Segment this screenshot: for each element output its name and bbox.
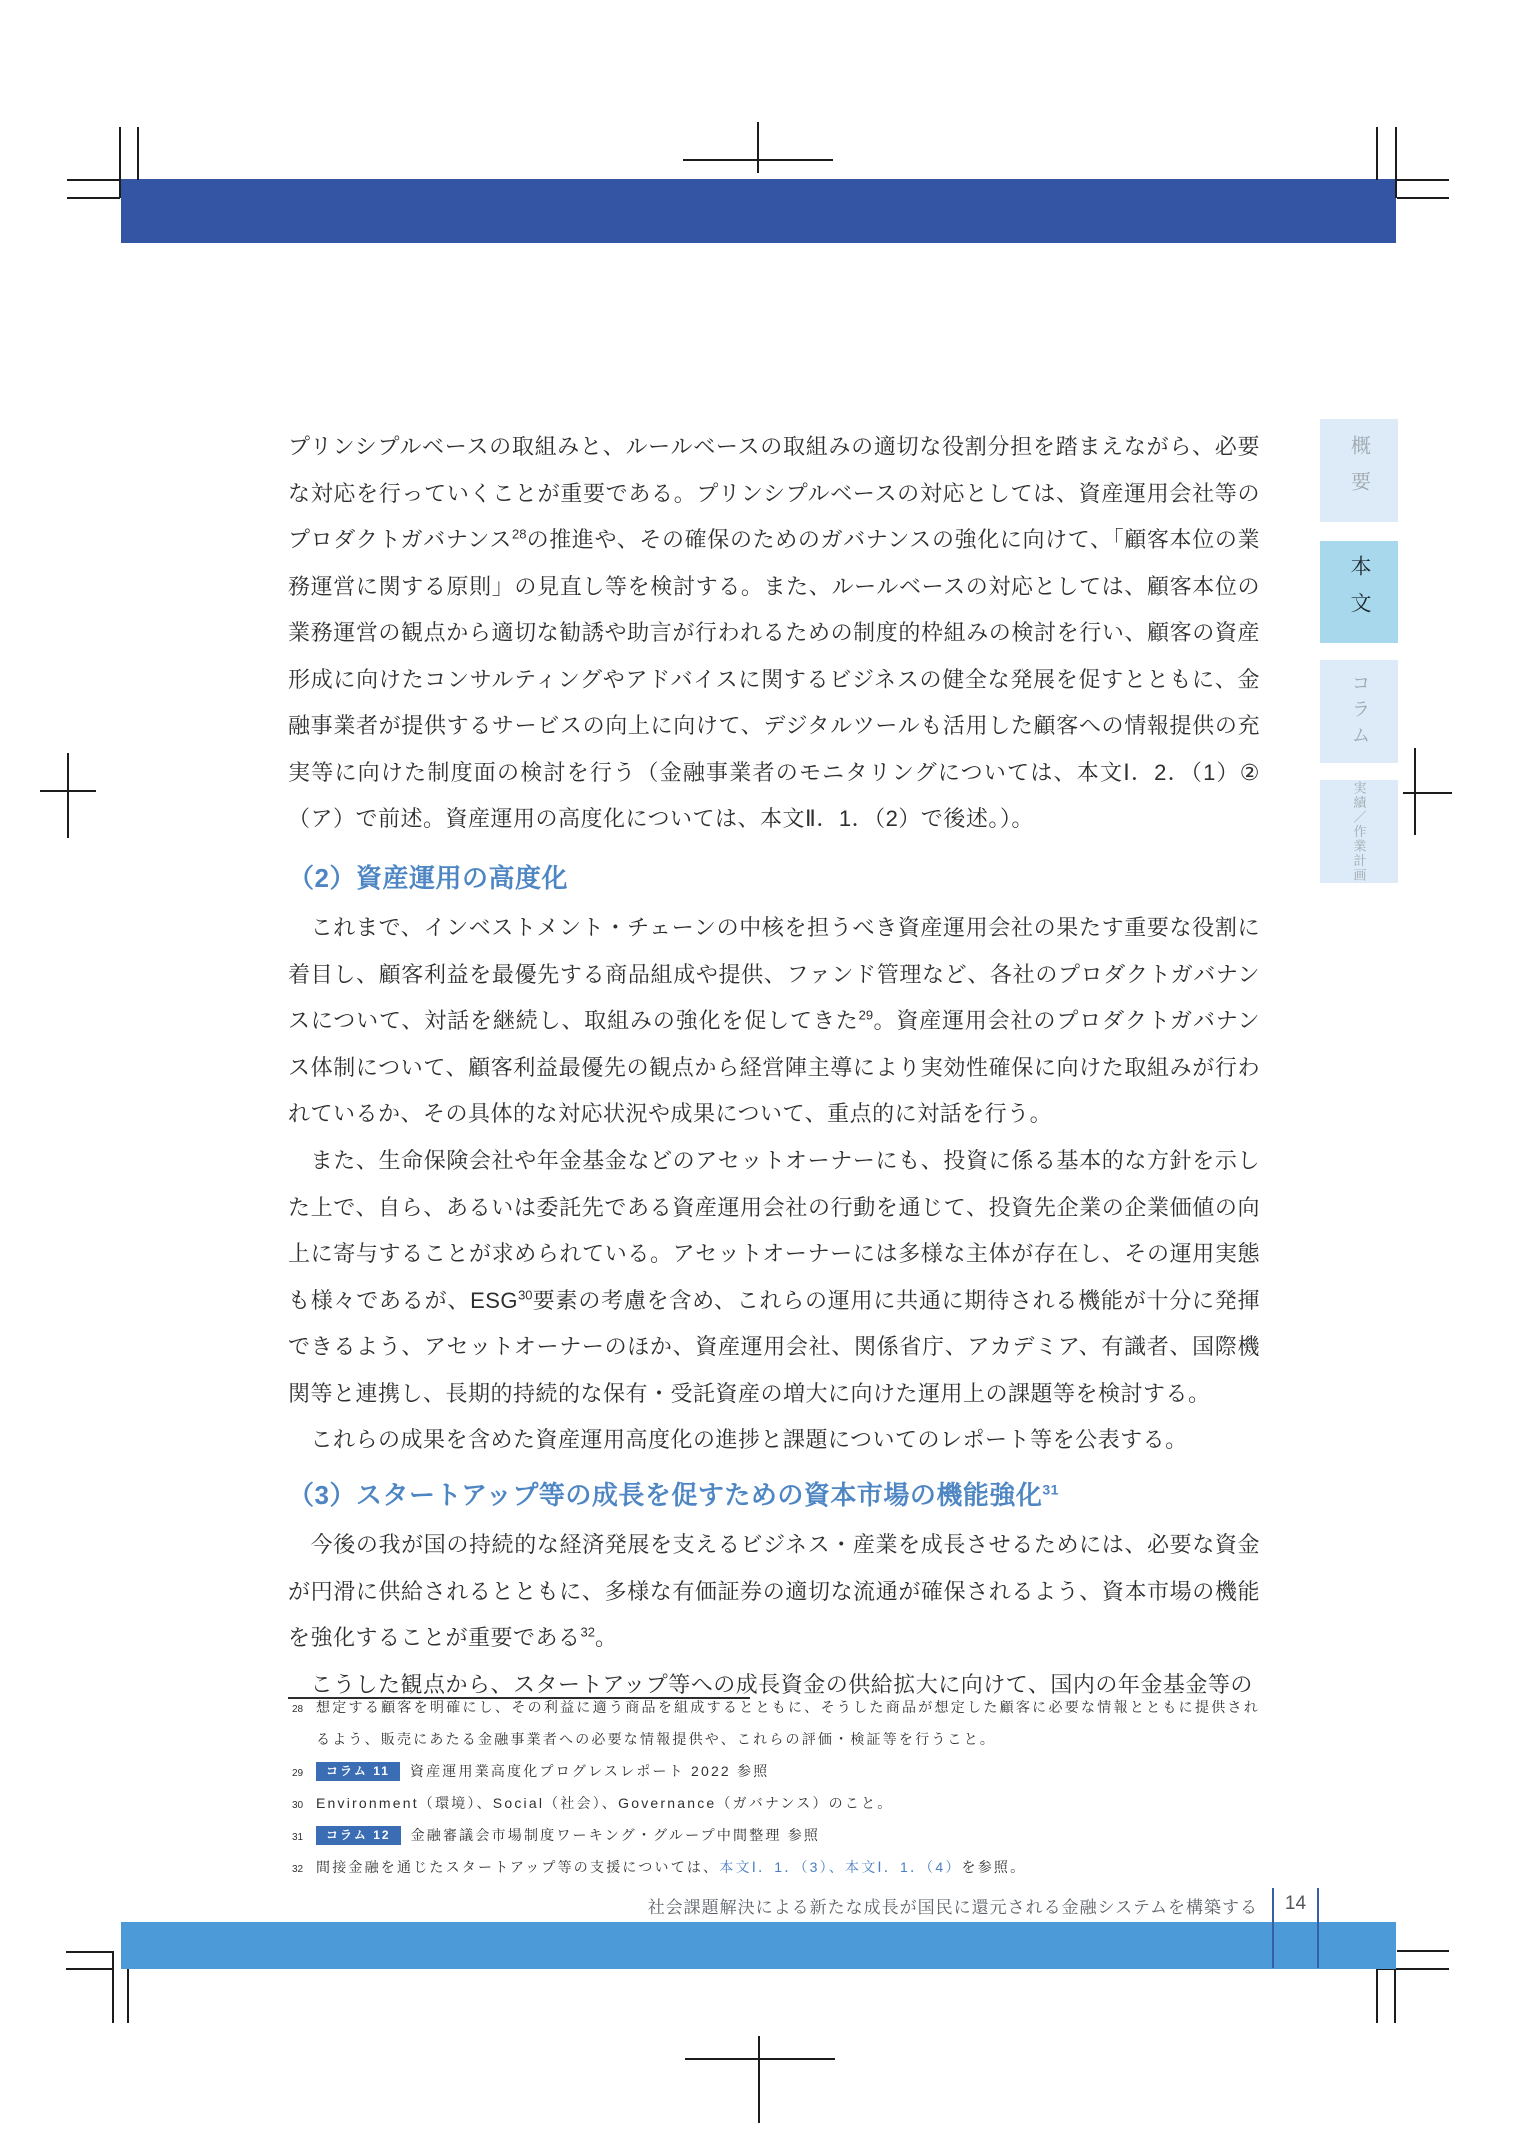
tab-column[interactable]: コラム — [1320, 660, 1398, 763]
footnote-number: 29 — [292, 1758, 303, 1790]
section-heading-3-startup-capital-market: （3）スタートアップ等の成長を促すための資本市場の機能強化31 — [288, 1475, 1260, 1515]
text-segment: 今後の我が国の持続的な経済発展を支えるビジネス・産業を成長させるためには、必要な… — [288, 1532, 1260, 1650]
tab-results-workplan-label: 実績／作業計画 — [1350, 781, 1369, 883]
footnote-number: 30 — [292, 1790, 303, 1822]
header-accent-bar — [121, 179, 1396, 243]
column-12-badge: コラム 12 — [316, 1826, 401, 1845]
footnote-text: Environment（環境）、Social（社会）、Governance（ガバ… — [316, 1795, 893, 1811]
footnote-31: 31コラム 12金融審議会市場制度ワーキング・グループ中間整理 参照 — [288, 1819, 1260, 1851]
text-segment: 想定する顧客を明確にし、その利益に適う商品を組成するとともに、そうした商品が想定… — [316, 1699, 1260, 1747]
paragraph-investment-chain: これまで、インベストメント・チェーンの中核を担うべき資産運用会社の果たす重要な役… — [288, 905, 1260, 1138]
footnote-28: 28想定する顧客を明確にし、その利益に適う商品を組成するとともに、そうした商品が… — [288, 1691, 1260, 1755]
footnote-text: 金融審議会市場制度ワーキング・グループ中間整理 参照 — [411, 1827, 821, 1843]
text-segment: これらの成果を含めた資産運用高度化の進捗と課題についてのレポート等を公表する。 — [288, 1427, 1188, 1452]
cross-reference-link[interactable]: 本文Ⅰ．1．（3）、本文Ⅰ．1．（4） — [719, 1859, 961, 1875]
section-heading-2-asset-management: （2）資産運用の高度化 — [288, 858, 1260, 898]
footnote-ref: 31 — [1042, 1481, 1059, 1497]
footnote-ref: 28 — [512, 527, 526, 542]
footnote-number: 28 — [292, 1694, 303, 1726]
footer-accent-bar — [121, 1922, 1396, 1969]
footer-chapter-title: 社会課題解決による新たな成長が国民に還元される金融システムを構築する — [648, 1893, 1258, 1918]
footnote-text: 間接金融を通じたスタートアップ等の支援については、本文Ⅰ．1．（3）、本文Ⅰ．1… — [316, 1859, 1026, 1875]
footnote-29: 29コラム 11資産運用業高度化プログレスレポート 2022 参照 — [288, 1755, 1260, 1787]
footnote-text: 資産運用業高度化プログレスレポート 2022 参照 — [410, 1763, 770, 1779]
tab-overview-label: 概要 — [1345, 435, 1374, 507]
paragraph-progress-report: これらの成果を含めた資産運用高度化の進捗と課題についてのレポート等を公表する。 — [288, 1417, 1260, 1464]
page-number-rule-left — [1272, 1888, 1274, 1968]
text-segment: 間接金融を通じたスタートアップ等の支援については、 — [316, 1859, 719, 1875]
footnote-ref: 30 — [518, 1287, 532, 1302]
footnote-number: 32 — [292, 1854, 303, 1886]
text-segment: を参照。 — [962, 1859, 1027, 1875]
footnote-ref: 32 — [581, 1625, 595, 1640]
tab-results-workplan[interactable]: 実績／作業計画 — [1320, 780, 1398, 883]
footnote-30: 30Environment（環境）、Social（社会）、Governance（… — [288, 1787, 1260, 1819]
tab-column-label: コラム — [1346, 673, 1373, 751]
column-11-badge: コラム 11 — [316, 1762, 400, 1781]
page-number: 14 — [1274, 1893, 1317, 1915]
footnote-number: 31 — [292, 1822, 303, 1854]
paragraph-asset-owners: また、生命保険会社や年金基金などのアセットオーナーにも、投資に係る基本的な方針を… — [288, 1138, 1260, 1417]
text-segment: 。 — [595, 1625, 618, 1650]
text-segment: の推進や、その確保のためのガバナンスの強化に向けて、「顧客本位の業務運営に関する… — [288, 527, 1260, 831]
paragraph-economic-growth: 今後の我が国の持続的な経済発展を支えるビジネス・産業を成長させるためには、必要な… — [288, 1522, 1260, 1662]
text-segment: Environment（環境）、Social（社会）、Governance（ガバ… — [316, 1795, 893, 1811]
text-segment: 資産運用業高度化プログレスレポート 2022 参照 — [410, 1763, 770, 1779]
tab-overview[interactable]: 概要 — [1320, 419, 1398, 522]
text-segment: 金融審議会市場制度ワーキング・グループ中間整理 参照 — [411, 1827, 821, 1843]
text-segment: （3）スタートアップ等の成長を促すための資本市場の機能強化 — [288, 1480, 1042, 1510]
tab-main-text-label: 本文 — [1344, 555, 1374, 629]
paragraph-principles-rules: プリンシプルベースの取組みと、ルールベースの取組みの適切な役割分担を踏まえながら… — [288, 424, 1260, 843]
page-number-rule-right — [1317, 1888, 1319, 1968]
footnote-ref: 29 — [859, 1008, 873, 1023]
footnote-32: 32間接金融を通じたスタートアップ等の支援については、本文Ⅰ．1．（3）、本文Ⅰ… — [288, 1851, 1260, 1883]
footnote-text: 想定する顧客を明確にし、その利益に適う商品を組成するとともに、そうした商品が想定… — [316, 1699, 1260, 1747]
text-segment: （2）資産運用の高度化 — [288, 863, 568, 893]
tab-main-text[interactable]: 本文 — [1320, 541, 1398, 643]
footnote-area: 28想定する顧客を明確にし、その利益に適う商品を組成するとともに、そうした商品が… — [288, 1691, 1260, 1883]
document-page: { "theme": { "header_bar": "#3455a3", "f… — [0, 0, 1519, 2150]
